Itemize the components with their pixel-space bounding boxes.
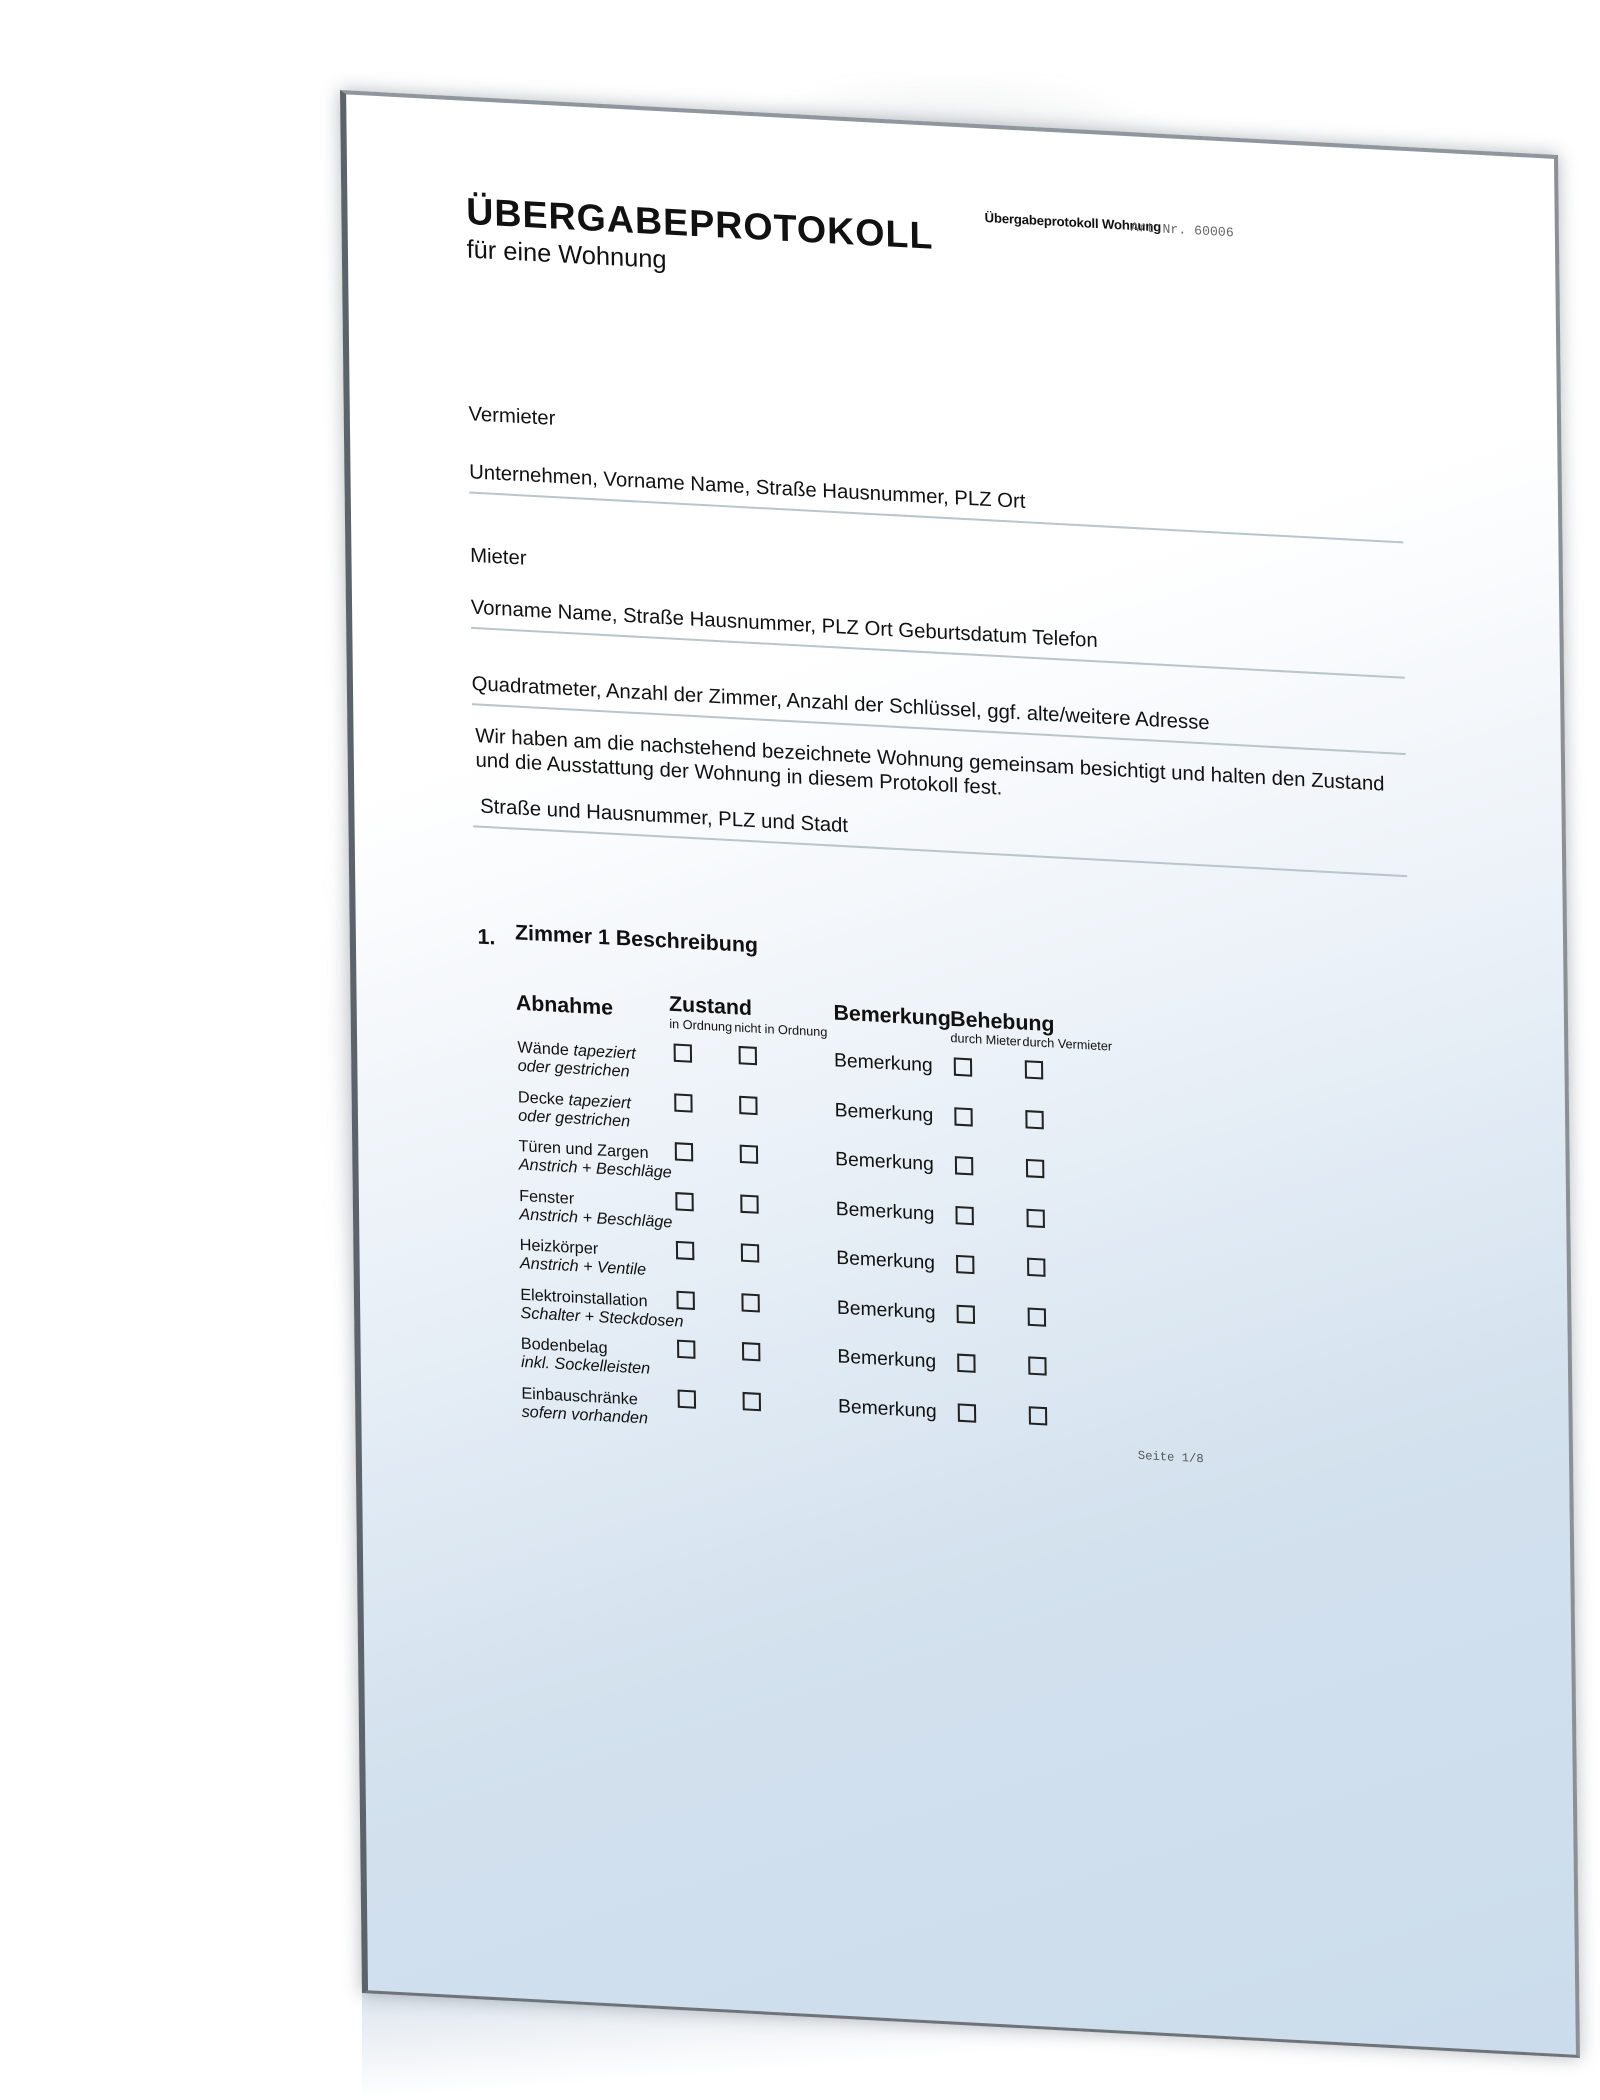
- checkbox-durch-mieter[interactable]: [956, 1255, 974, 1274]
- header-in-ordnung: in Ordnung: [669, 1017, 732, 1035]
- row-item-qualifier: tapeziert: [564, 1091, 631, 1112]
- checkbox-durch-mieter[interactable]: [954, 1057, 972, 1076]
- remark-field[interactable]: Bemerkung: [838, 1395, 937, 1423]
- checkbox-in-ordnung[interactable]: [677, 1340, 695, 1359]
- checkbox-durch-mieter[interactable]: [958, 1403, 976, 1422]
- page-number: Seite 1/8: [1138, 1449, 1204, 1467]
- header-abnahme: Abnahme: [516, 991, 613, 1021]
- address-field-underline: [473, 825, 1407, 877]
- section-title: Zimmer 1 Beschreibung: [515, 921, 758, 958]
- remark-field[interactable]: Bemerkung: [836, 1198, 935, 1226]
- remark-field[interactable]: Bemerkung: [836, 1247, 935, 1275]
- checkbox-durch-vermieter[interactable]: [1028, 1356, 1046, 1375]
- header-durch-vermieter: durch Vermieter: [1022, 1035, 1112, 1054]
- checkbox-nicht-in-ordnung[interactable]: [740, 1145, 758, 1164]
- header-nicht-in-ordnung: nicht in Ordnung: [734, 1020, 827, 1039]
- checkbox-durch-vermieter[interactable]: [1027, 1258, 1045, 1277]
- section-number: 1.: [477, 925, 495, 950]
- checkbox-nicht-in-ordnung[interactable]: [741, 1243, 759, 1262]
- checkbox-in-ordnung[interactable]: [676, 1290, 694, 1309]
- checkbox-durch-vermieter[interactable]: [1026, 1159, 1044, 1178]
- checkbox-in-ordnung[interactable]: [674, 1093, 692, 1112]
- row-item-name: Fenster: [519, 1187, 574, 1207]
- remark-field[interactable]: Bemerkung: [835, 1149, 934, 1177]
- checkbox-durch-mieter[interactable]: [954, 1107, 972, 1126]
- checkbox-in-ordnung[interactable]: [678, 1389, 696, 1408]
- checkbox-nicht-in-ordnung[interactable]: [739, 1095, 757, 1114]
- row-item-detail: Anstrich + Ventile: [520, 1255, 646, 1280]
- header-article-number: Art.Nr. 60006: [1131, 220, 1234, 241]
- remark-field[interactable]: Bemerkung: [837, 1297, 936, 1325]
- document-preview: Übergabeprotokoll Wohnung Art.Nr. 60006 …: [0, 0, 1600, 2100]
- checkbox-durch-vermieter[interactable]: [1028, 1307, 1046, 1326]
- apartment-details-field[interactable]: Quadratmeter, Anzahl der Zimmer, Anzahl …: [472, 673, 1210, 736]
- checkbox-durch-mieter[interactable]: [957, 1304, 975, 1323]
- checkbox-nicht-in-ordnung[interactable]: [741, 1293, 759, 1312]
- landlord-label: Vermieter: [468, 403, 555, 431]
- row-item-detail: Anstrich + Beschläge: [519, 1206, 672, 1232]
- checkbox-durch-vermieter[interactable]: [1025, 1110, 1043, 1129]
- checkbox-in-ordnung[interactable]: [674, 1043, 692, 1062]
- row-item-name: Decke: [518, 1089, 564, 1109]
- checkbox-durch-mieter[interactable]: [955, 1205, 973, 1224]
- remark-field[interactable]: Bemerkung: [835, 1099, 934, 1127]
- checkbox-in-ordnung[interactable]: [676, 1241, 694, 1260]
- checkbox-durch-mieter[interactable]: [957, 1354, 975, 1373]
- row-item-detail: Schalter + Steckdosen: [520, 1304, 683, 1331]
- address-field[interactable]: Straße und Hausnummer, PLZ und Stadt: [480, 795, 848, 838]
- checkbox-in-ordnung[interactable]: [675, 1142, 693, 1161]
- remark-field[interactable]: Bemerkung: [834, 1050, 933, 1078]
- checkbox-nicht-in-ordnung[interactable]: [740, 1194, 758, 1213]
- document-page: Übergabeprotokoll Wohnung Art.Nr. 60006 …: [340, 90, 1580, 2058]
- checkbox-nicht-in-ordnung[interactable]: [742, 1342, 760, 1361]
- header-durch-mieter: durch Mieter: [950, 1031, 1021, 1049]
- tenant-label: Mieter: [470, 544, 527, 570]
- checkbox-durch-vermieter[interactable]: [1026, 1208, 1044, 1227]
- checkbox-nicht-in-ordnung[interactable]: [743, 1391, 761, 1410]
- remark-field[interactable]: Bemerkung: [837, 1346, 936, 1374]
- checkbox-durch-vermieter[interactable]: [1029, 1406, 1047, 1425]
- checkbox-nicht-in-ordnung[interactable]: [739, 1046, 757, 1065]
- checkbox-durch-mieter[interactable]: [955, 1156, 973, 1175]
- checkbox-in-ordnung[interactable]: [675, 1192, 693, 1211]
- row-item-detail: Anstrich + Beschläge: [519, 1156, 672, 1182]
- header-bemerkung: Bemerkung: [833, 1001, 951, 1032]
- row-item-name: Wände: [517, 1039, 569, 1059]
- row-item-detail: inkl. Sockelleisten: [521, 1354, 650, 1379]
- checkbox-durch-vermieter[interactable]: [1025, 1060, 1043, 1079]
- row-item-qualifier: tapeziert: [569, 1042, 636, 1063]
